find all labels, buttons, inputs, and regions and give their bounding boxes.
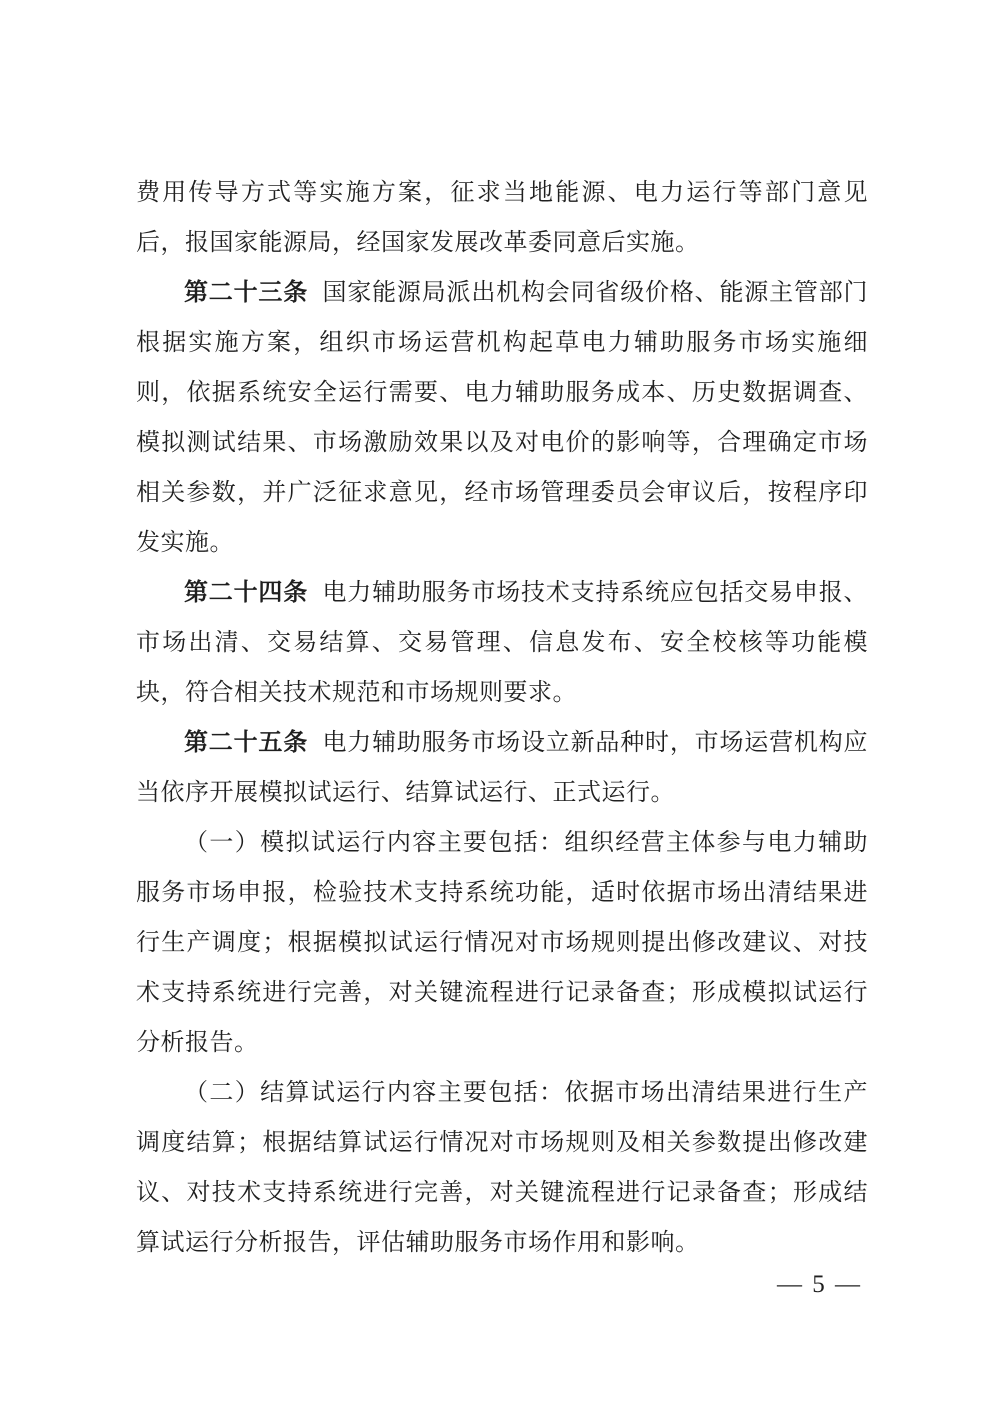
document-body: 费用传导方式等实施方案，征求当地能源、电力运行等部门意见后，报国家能源局，经国家…	[136, 168, 868, 1268]
page-number-text: — 5 —	[777, 1271, 862, 1298]
paragraph-article-24: 第二十四条电力辅助服务市场技术支持系统应包括交易申报、市场出清、交易结算、交易管…	[136, 568, 868, 718]
paragraph-article-25: 第二十五条电力辅助服务市场设立新品种时，市场运营机构应当依序开展模拟试运行、结算…	[136, 718, 868, 818]
document-page: 费用传导方式等实施方案，征求当地能源、电力运行等部门意见后，报国家能源局，经国家…	[0, 0, 1000, 1414]
paragraph-text: 国家能源局派出机构会同省级价格、能源主管部门根据实施方案，组织市场运营机构起草电…	[136, 280, 868, 556]
paragraph-text: （一）模拟试运行内容主要包括：组织经营主体参与电力辅助服务市场申报，检验技术支持…	[136, 830, 868, 1056]
paragraph-article-23: 第二十三条国家能源局派出机构会同省级价格、能源主管部门根据实施方案，组织市场运营…	[136, 268, 868, 568]
article-25-number: 第二十五条	[184, 730, 308, 756]
article-24-number: 第二十四条	[184, 580, 308, 606]
paragraph-continuation: 费用传导方式等实施方案，征求当地能源、电力运行等部门意见后，报国家能源局，经国家…	[136, 168, 868, 268]
article-23-number: 第二十三条	[184, 280, 308, 306]
paragraph-item-2: （二）结算试运行内容主要包括：依据市场出清结果进行生产调度结算；根据结算试运行情…	[136, 1068, 868, 1268]
paragraph-text: 费用传导方式等实施方案，征求当地能源、电力运行等部门意见后，报国家能源局，经国家…	[136, 180, 868, 256]
page-number: — 5 —	[777, 1260, 862, 1310]
paragraph-item-1: （一）模拟试运行内容主要包括：组织经营主体参与电力辅助服务市场申报，检验技术支持…	[136, 818, 868, 1068]
paragraph-text: （二）结算试运行内容主要包括：依据市场出清结果进行生产调度结算；根据结算试运行情…	[136, 1080, 868, 1256]
